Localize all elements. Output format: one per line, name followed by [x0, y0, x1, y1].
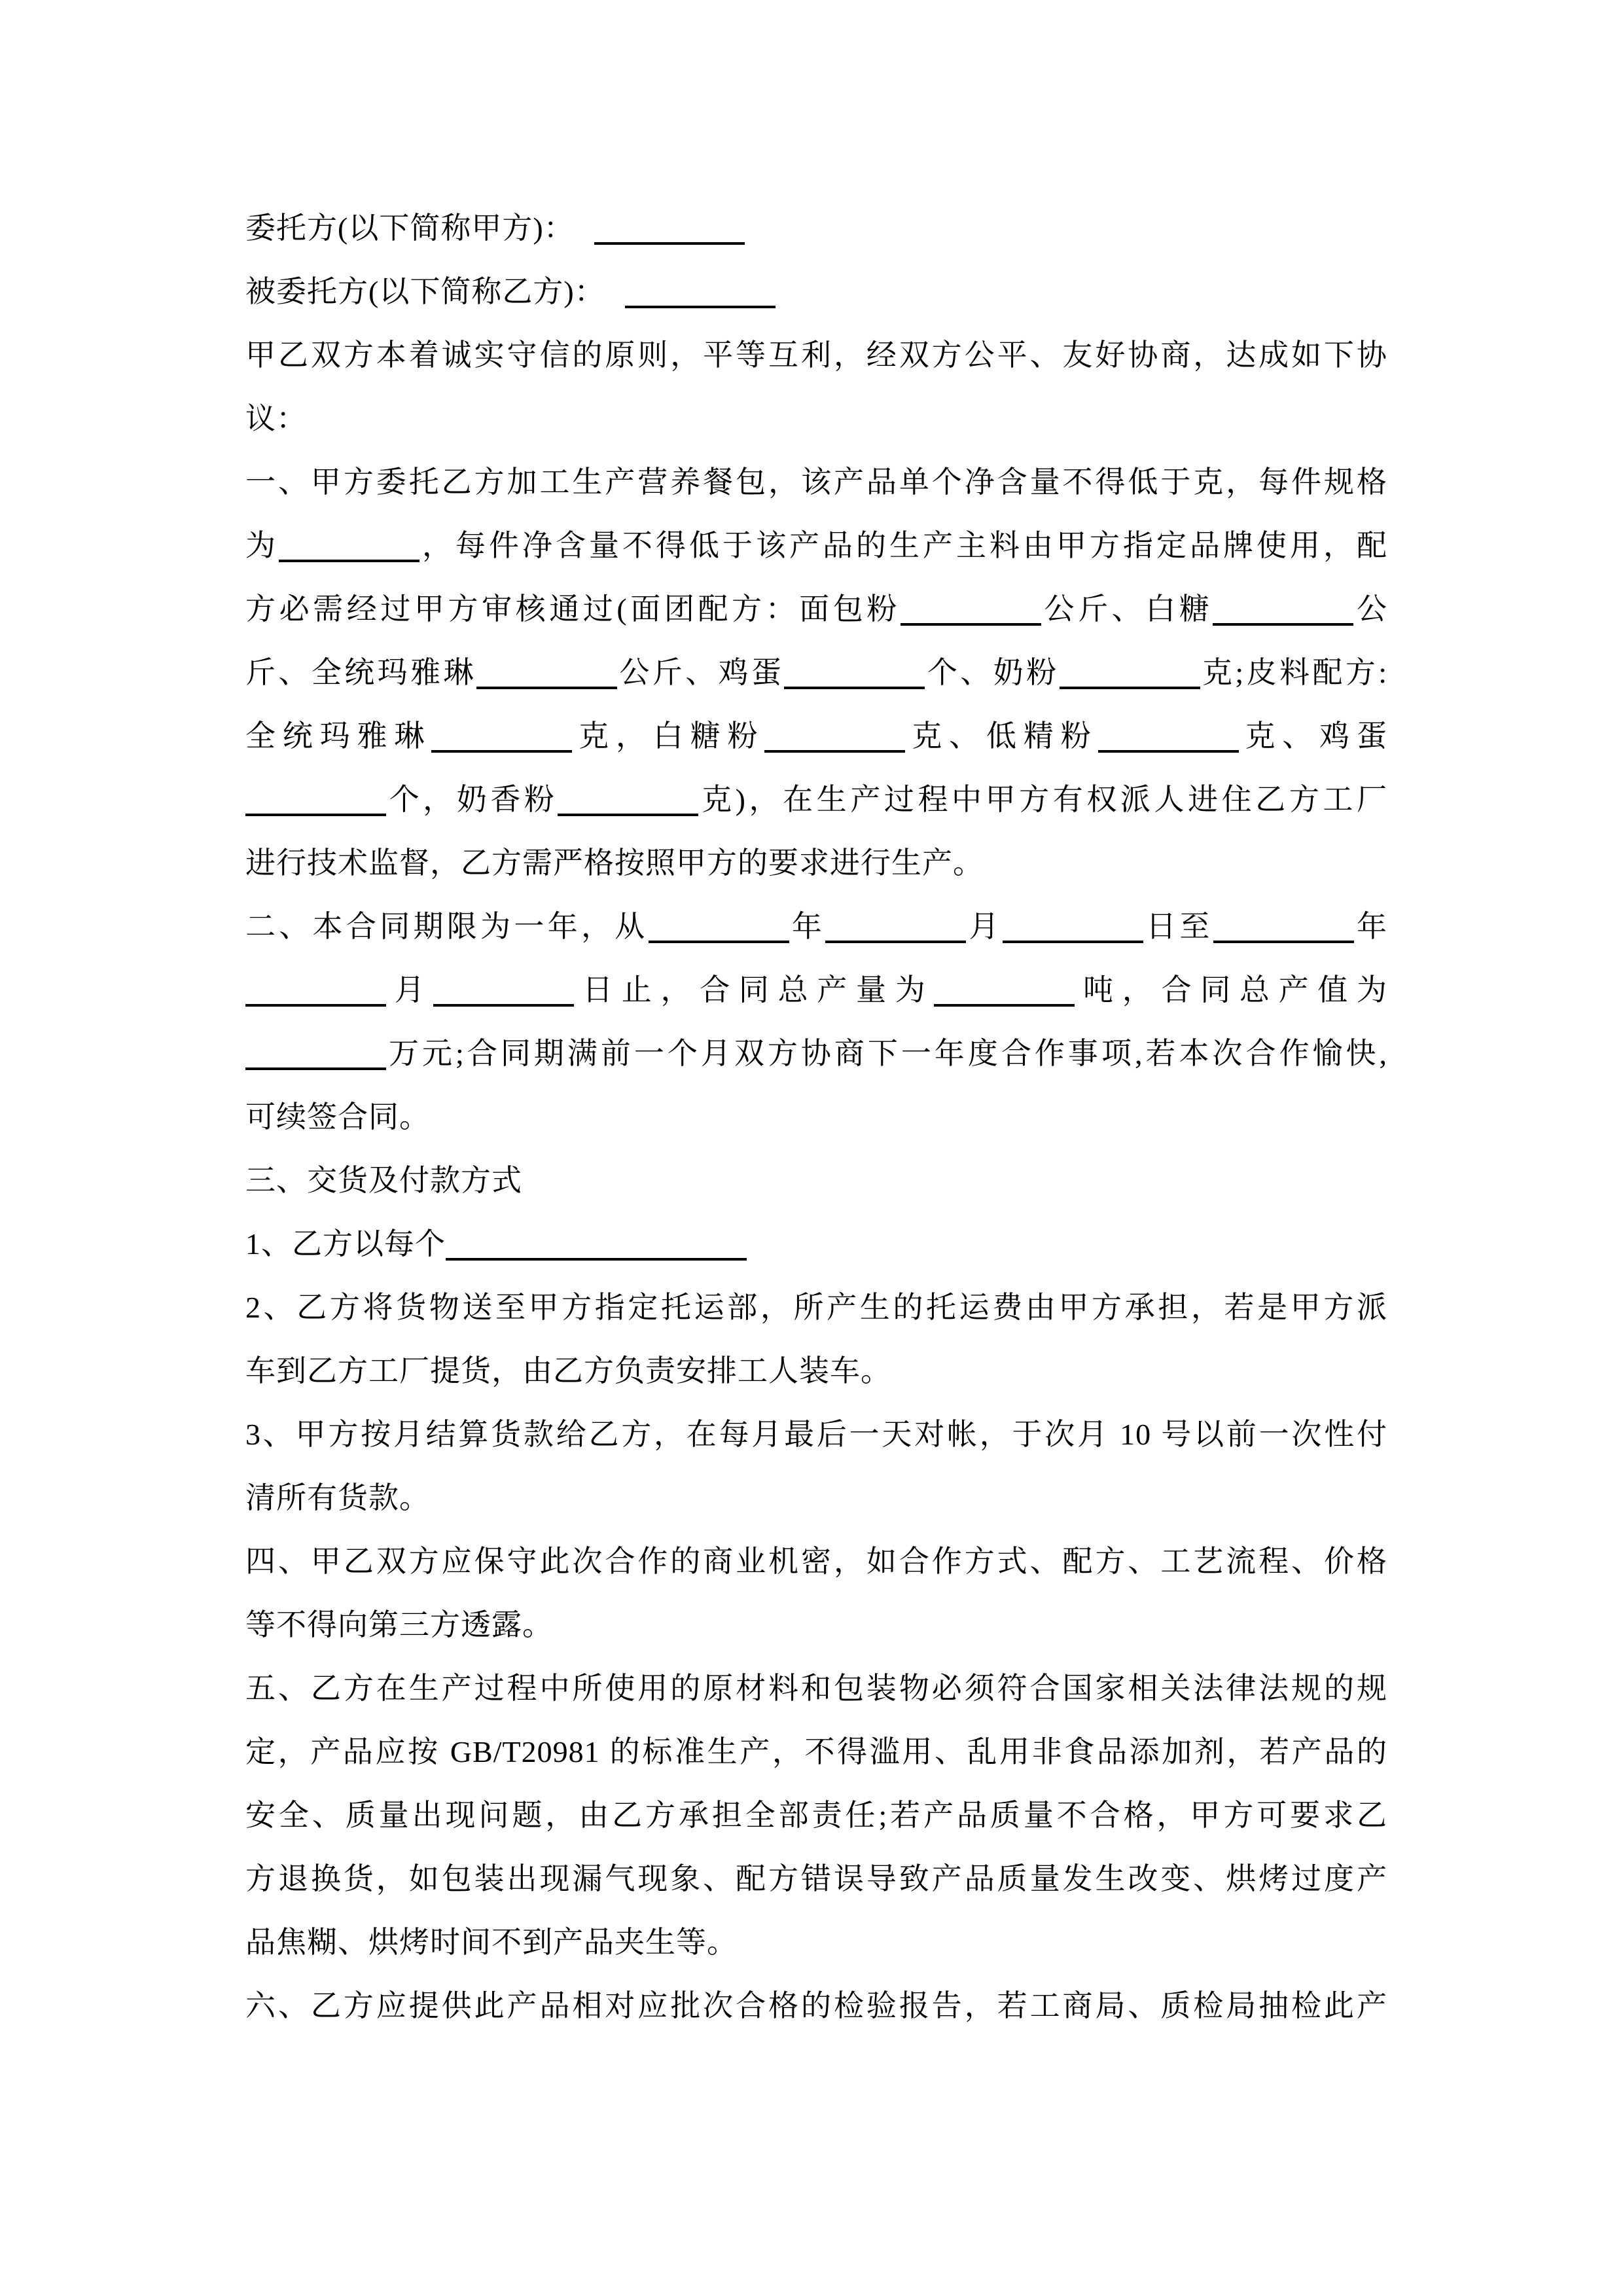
- text-segment: 等不得向第三方透露。: [245, 1608, 553, 1641]
- blank-field: [649, 933, 789, 943]
- blank-field: [934, 996, 1075, 1007]
- text-line: 四、甲乙双方应保守此次合作的商业机密，如合作方式、配方、工艺流程、价格: [245, 1530, 1387, 1593]
- text-line: 议：: [245, 387, 1387, 450]
- blank-field: [1213, 933, 1354, 943]
- text-segment: 个、奶粉: [925, 656, 1059, 689]
- text-segment: 公: [1353, 592, 1387, 626]
- text-line: 委托方(以下简称甲方)：: [245, 196, 1387, 260]
- text-line: 等不得向第三方透露。: [245, 1593, 1387, 1657]
- contract-page: 委托方(以下简称甲方)：被委托方(以下简称乙方)：甲乙双方本着诚实守信的原则，平…: [0, 0, 1623, 2296]
- text-line: 3、甲方按月结算货款给乙方，在每月最后一天对帐，于次月 10 号以前一次性付: [245, 1403, 1387, 1466]
- text-line: 五、乙方在生产过程中所使用的原材料和包装物必须符合国家相关法律法规的规: [245, 1657, 1387, 1720]
- text-segment: 吨，合同总产值为: [1075, 973, 1387, 1007]
- text-line: 二、本合同期限为一年，从年月日至年: [245, 895, 1387, 958]
- text-segment: 五、乙方在生产过程中所使用的原材料和包装物必须符合国家相关法律法规的规: [245, 1672, 1387, 1705]
- text-segment: 2、乙方将货物送至甲方指定托运部，所产生的托运费由甲方承担，若是甲方派: [245, 1291, 1387, 1324]
- text-segment: 克;皮料配方:: [1200, 656, 1387, 689]
- blank-field: [1003, 933, 1143, 943]
- text-line: 月日止，合同总产量为吨，合同总产值为: [245, 958, 1387, 1022]
- text-segment: 万元;合同期满前一个月双方协商下一年度合作事项,若本次合作愉快,: [386, 1037, 1387, 1070]
- text-segment: 六、乙方应提供此产品相对应批次合格的检验报告，若工商局、质检局抽检此产: [245, 1989, 1387, 2022]
- blank-field: [558, 806, 698, 816]
- blank-field: [594, 234, 745, 245]
- text-line: 方必需经过甲方审核通过(面团配方：面包粉公斤、白糖公: [245, 577, 1387, 641]
- text-segment: 被委托方(以下简称乙方)：: [245, 275, 605, 308]
- text-segment: 可续签合同。: [245, 1100, 430, 1134]
- text-segment: 克)，在生产过程中甲方有权派人进住乙方工厂: [698, 783, 1387, 816]
- text-segment: 委托方(以下简称甲方)：: [245, 211, 575, 245]
- text-segment: 个，奶香粉: [386, 783, 558, 816]
- text-line: 个，奶香粉克)，在生产过程中甲方有权派人进住乙方工厂: [245, 768, 1387, 831]
- text-line: 被委托方(以下简称乙方)：: [245, 260, 1387, 323]
- blank-field: [1213, 615, 1353, 626]
- text-segment: 车到乙方工厂提货，由乙方负责安排工人装车。: [245, 1354, 891, 1388]
- blank-field: [476, 679, 617, 689]
- text-segment: 清所有货款。: [245, 1481, 430, 1515]
- blank-field: [825, 933, 966, 943]
- text-line: 可续签合同。: [245, 1085, 1387, 1149]
- text-segment: 斤、全统玛雅琳: [245, 656, 476, 689]
- text-line: 一、甲方委托乙方加工生产营养餐包，该产品单个净含量不得低于克，每件规格: [245, 450, 1387, 514]
- text-segment: 年: [1354, 910, 1387, 943]
- text-line: 万元;合同期满前一个月双方协商下一年度合作事项,若本次合作愉快,: [245, 1022, 1387, 1085]
- text-segment: 克、低精粉: [905, 719, 1097, 753]
- blank-field: [446, 1250, 747, 1261]
- text-segment: 进行技术监督，乙方需严格按照甲方的要求进行生产。: [245, 846, 984, 880]
- text-segment: 克、鸡蛋: [1239, 719, 1387, 753]
- text-segment: 公斤、白糖: [1041, 592, 1213, 626]
- text-line: 全统玛雅琳克，白糖粉克、低精粉克、鸡蛋: [245, 704, 1387, 768]
- text-segment: 为: [245, 529, 279, 562]
- text-line: 方退换货，如包装出现漏气现象、配方错误导致产品质量发生改变、烘烤过度产: [245, 1847, 1387, 1910]
- text-line: 三、交货及付款方式: [245, 1149, 1387, 1212]
- blank-field: [245, 806, 386, 816]
- blank-field: [433, 996, 574, 1007]
- contract-body: 委托方(以下简称甲方)：被委托方(以下简称乙方)：甲乙双方本着诚实守信的原则，平…: [245, 196, 1387, 2037]
- text-line: 六、乙方应提供此产品相对应批次合格的检验报告，若工商局、质检局抽检此产: [245, 1974, 1387, 2037]
- text-segment: 日至: [1143, 910, 1213, 943]
- text-segment: 品焦糊、烘烤时间不到产品夹生等。: [245, 1926, 738, 1959]
- text-line: 安全、质量出现问题，由乙方承担全部责任;若产品质量不合格，甲方可要求乙: [245, 1784, 1387, 1847]
- text-segment: 月: [386, 973, 433, 1007]
- text-line: 1、乙方以每个: [245, 1212, 1387, 1276]
- text-segment: 四、甲乙双方应保守此次合作的商业机密，如合作方式、配方、工艺流程、价格: [245, 1545, 1387, 1578]
- text-segment: 方退换货，如包装出现漏气现象、配方错误导致产品质量发生改变、烘烤过度产: [245, 1862, 1387, 1895]
- text-segment: 日止，合同总产量为: [574, 973, 934, 1007]
- blank-field: [245, 1060, 386, 1070]
- text-line: 品焦糊、烘烤时间不到产品夹生等。: [245, 1910, 1387, 1974]
- text-line: 定，产品应按 GB/T20981 的标准生产，不得滥用、乱用非食品添加剂，若产品…: [245, 1720, 1387, 1784]
- text-segment: 克，白糖粉: [572, 719, 764, 753]
- text-line: 2、乙方将货物送至甲方指定托运部，所产生的托运费由甲方承担，若是甲方派: [245, 1276, 1387, 1339]
- text-segment: 定，产品应按 GB/T20981 的标准生产，不得滥用、乱用非食品添加剂，若产品…: [245, 1735, 1387, 1768]
- text-line: 车到乙方工厂提货，由乙方负责安排工人装车。: [245, 1339, 1387, 1403]
- text-segment: 全统玛雅琳: [245, 719, 431, 753]
- blank-field: [431, 742, 572, 753]
- blank-field: [764, 742, 905, 753]
- text-segment: ，每件净含量不得低于该产品的生产主料由甲方指定品牌使用，配: [419, 529, 1387, 562]
- blank-field: [1060, 679, 1200, 689]
- blank-field: [1098, 742, 1239, 753]
- text-segment: 1、乙方以每个: [245, 1227, 446, 1261]
- text-segment: 年: [789, 910, 826, 943]
- text-segment: 3、甲方按月结算货款给乙方，在每月最后一天对帐，于次月 10 号以前一次性付: [245, 1418, 1387, 1451]
- text-line: 为，每件净含量不得低于该产品的生产主料由甲方指定品牌使用，配: [245, 514, 1387, 577]
- text-segment: 方必需经过甲方审核通过(面团配方：面包粉: [245, 592, 901, 626]
- text-segment: 三、交货及付款方式: [245, 1164, 522, 1197]
- text-line: 进行技术监督，乙方需严格按照甲方的要求进行生产。: [245, 831, 1387, 895]
- blank-field: [245, 996, 386, 1007]
- text-segment: 议：: [245, 402, 307, 435]
- text-segment: 一、甲方委托乙方加工生产营养餐包，该产品单个净含量不得低于克，每件规格: [245, 465, 1387, 499]
- text-segment: 安全、质量出现问题，由乙方承担全部责任;若产品质量不合格，甲方可要求乙: [245, 1799, 1387, 1832]
- blank-field: [625, 298, 776, 308]
- text-line: 甲乙双方本着诚实守信的原则，平等互利，经双方公平、友好协商，达成如下协: [245, 323, 1387, 387]
- blank-field: [784, 679, 925, 689]
- text-line: 清所有货款。: [245, 1466, 1387, 1530]
- text-segment: 公斤、鸡蛋: [617, 656, 785, 689]
- blank-field: [279, 552, 419, 562]
- text-segment: 甲乙双方本着诚实守信的原则，平等互利，经双方公平、友好协商，达成如下协: [245, 338, 1387, 372]
- text-segment: 月: [966, 910, 1003, 943]
- text-segment: 二、本合同期限为一年，从: [245, 910, 649, 943]
- blank-field: [901, 615, 1041, 626]
- text-line: 斤、全统玛雅琳公斤、鸡蛋个、奶粉克;皮料配方:: [245, 641, 1387, 704]
